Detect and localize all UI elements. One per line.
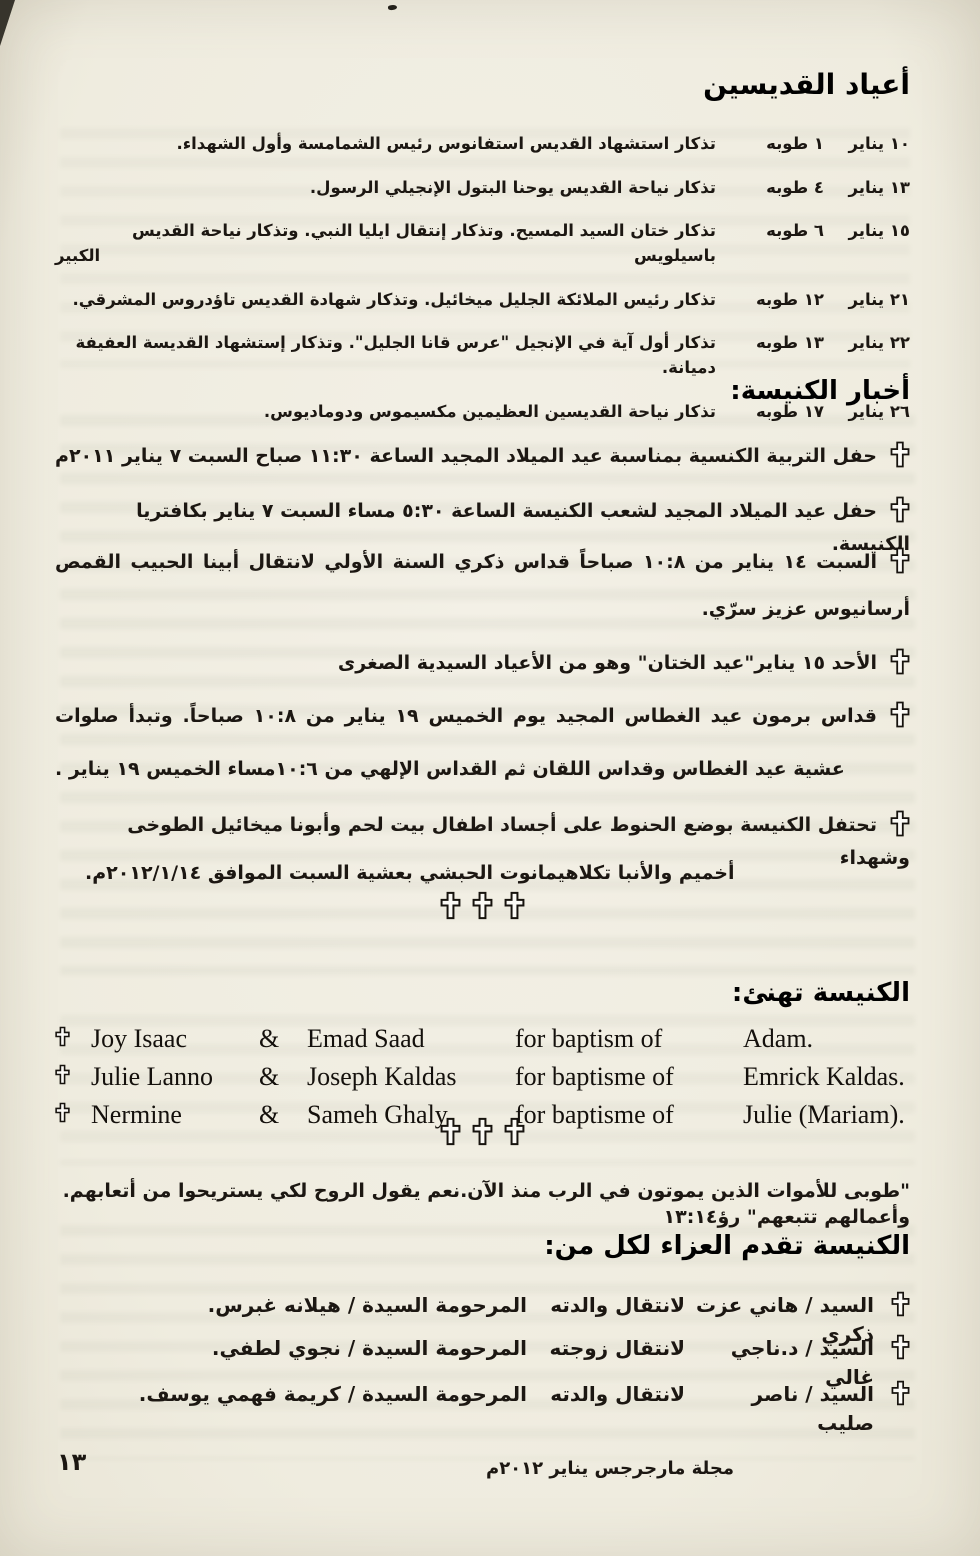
cross-icon <box>890 441 910 476</box>
cross-icon <box>55 1062 91 1092</box>
triple-cross-divider <box>55 891 910 924</box>
cross-icon <box>890 648 910 683</box>
congrats-row: Julie Lanno & Joseph Kaldas for baptisme… <box>55 1058 910 1096</box>
cross-icon <box>890 496 910 531</box>
mourner-name: السيد / ناصر صليب <box>691 1380 874 1438</box>
news-item-continuation: أرسانيوس عزيز سرّي. <box>55 596 910 623</box>
page-content: أعياد القديسين ١٠ يناير ١ طوبه تذكار است… <box>55 0 910 1556</box>
news-item-text: قداس برمون عيد الغطاس المجيد يوم الخميس … <box>55 705 877 727</box>
feast-description: تذكار أول آية في الإنجيل "عرس قانا الجلي… <box>55 330 716 380</box>
parent-name: Joseph Kaldas <box>307 1062 515 1092</box>
cross-icon <box>880 1380 910 1438</box>
feast-coptic-date: ٦ طوبه <box>724 218 824 268</box>
news-item-text: حفل التربية الكنسية بمناسبة عيد الميلاد … <box>55 445 877 467</box>
congrats-heading: الكنيسة تهنئ: <box>55 978 910 1008</box>
feast-description: تذكار رئيس الملائكة الجليل ميخائيل. وتذك… <box>55 287 716 312</box>
news-item: حفل التربية الكنسية بمناسبة عيد الميلاد … <box>55 441 910 476</box>
feast-description: تذكار ختان السيد المسيح. وتذكار إنتقال ا… <box>55 218 716 268</box>
cross-icon <box>472 1117 493 1150</box>
parent-name: Joy Isaac <box>91 1024 259 1054</box>
parent-name: Emad Saad <box>307 1024 515 1054</box>
feast-gregorian-date: ١٣ يناير <box>832 175 910 200</box>
news-item: قداس برمون عيد الغطاس المجيد يوم الخميس … <box>55 701 910 736</box>
scan-corner-mark <box>0 0 15 46</box>
cross-icon <box>504 1117 525 1150</box>
news-item: الأحد ١٥ يناير"عيد الختان" وهو من الأعيا… <box>55 648 910 683</box>
cross-icon <box>890 701 910 736</box>
triple-cross-divider <box>55 1117 910 1150</box>
deceased-name: المرحومة السيدة / كريمة فهمي يوسف. <box>55 1380 527 1438</box>
cross-icon <box>890 810 910 845</box>
news-item-text: السبت ١٤ يناير من ١٠:٨ صباحاً قداس ذكري … <box>55 551 877 573</box>
condolences-heading: الكنيسة تقدم العزاء لكل من: <box>55 1231 910 1261</box>
church-news-heading: أخبار الكنيسة: <box>55 376 910 406</box>
cross-icon <box>890 547 910 582</box>
feast-coptic-date: ١٣ طوبه <box>724 330 824 380</box>
cross-icon <box>55 1024 91 1054</box>
news-item-continuation: أخميم والأنبا تكلاهيمانوت الحبشي بعشية ا… <box>85 860 910 887</box>
magazine-footer: مجلة مارجرجس يناير ٢٠١٢م <box>475 1458 745 1479</box>
feast-coptic-date: ١ طوبه <box>724 131 824 156</box>
feast-row: ١٠ يناير ١ طوبه تذكار استشهاد القديس است… <box>55 131 910 156</box>
cross-icon <box>504 891 525 924</box>
ampersand: & <box>259 1024 307 1054</box>
condolence-reason: لانتقال والدته <box>533 1380 685 1438</box>
feast-gregorian-date: ١٥ يناير <box>832 218 910 268</box>
feast-description: تذكار استشهاد القديس استفانوس رئيس الشما… <box>55 131 716 156</box>
page-number: ١٣ <box>57 1448 86 1476</box>
feast-coptic-date: ٤ طوبه <box>724 175 824 200</box>
magazine-page: أعياد القديسين ١٠ يناير ١ طوبه تذكار است… <box>0 0 980 1556</box>
congrats-row: Joy Isaac & Emad Saad for baptism of Ada… <box>55 1020 910 1058</box>
news-item: السبت ١٤ يناير من ١٠:٨ صباحاً قداس ذكري … <box>55 547 910 582</box>
occasion-label: for baptism of <box>515 1024 743 1054</box>
verse-reference: رؤ١٣:١٤ <box>664 1206 741 1228</box>
feast-gregorian-date: ٢٢ يناير <box>832 330 910 380</box>
feast-gregorian-date: ٢١ يناير <box>832 287 910 312</box>
verse-text: "طوبى للأموات الذين يموتون في الرب منذ ا… <box>63 1180 910 1228</box>
child-name: Emrick Kaldas. <box>743 1062 910 1092</box>
news-item-text: الأحد ١٥ يناير"عيد الختان" وهو من الأعيا… <box>338 652 877 674</box>
condolence-row: السيد / ناصر صليب لانتقال والدته المرحوم… <box>55 1380 910 1438</box>
parent-name: Julie Lanno <box>91 1062 259 1092</box>
saints-feasts-heading: أعياد القديسين <box>55 68 910 101</box>
cross-icon <box>472 891 493 924</box>
news-item-continuation: عشية عيد الغطاس وقداس اللقان ثم القداس ا… <box>55 756 910 783</box>
cross-icon <box>440 891 461 924</box>
feast-row: ٢١ يناير ١٢ طوبه تذكار رئيس الملائكة الج… <box>55 287 910 312</box>
occasion-label: for baptisme of <box>515 1062 743 1092</box>
feast-row: ١٥ يناير ٦ طوبه تذكار ختان السيد المسيح.… <box>55 218 910 268</box>
feast-row: ١٣ يناير ٤ طوبه تذكار نياحة القديس يوحنا… <box>55 175 910 200</box>
feast-gregorian-date: ١٠ يناير <box>832 131 910 156</box>
feast-row: ٢٢ يناير ١٣ طوبه تذكار أول آية في الإنجي… <box>55 330 910 380</box>
cross-icon <box>440 1117 461 1150</box>
feast-description: تذكار نياحة القديس يوحنا البتول الإنجيلي… <box>55 175 716 200</box>
ampersand: & <box>259 1062 307 1092</box>
child-name: Adam. <box>743 1024 910 1054</box>
bible-verse: "طوبى للأموات الذين يموتون في الرب منذ ا… <box>55 1178 910 1230</box>
feast-coptic-date: ١٢ طوبه <box>724 287 824 312</box>
